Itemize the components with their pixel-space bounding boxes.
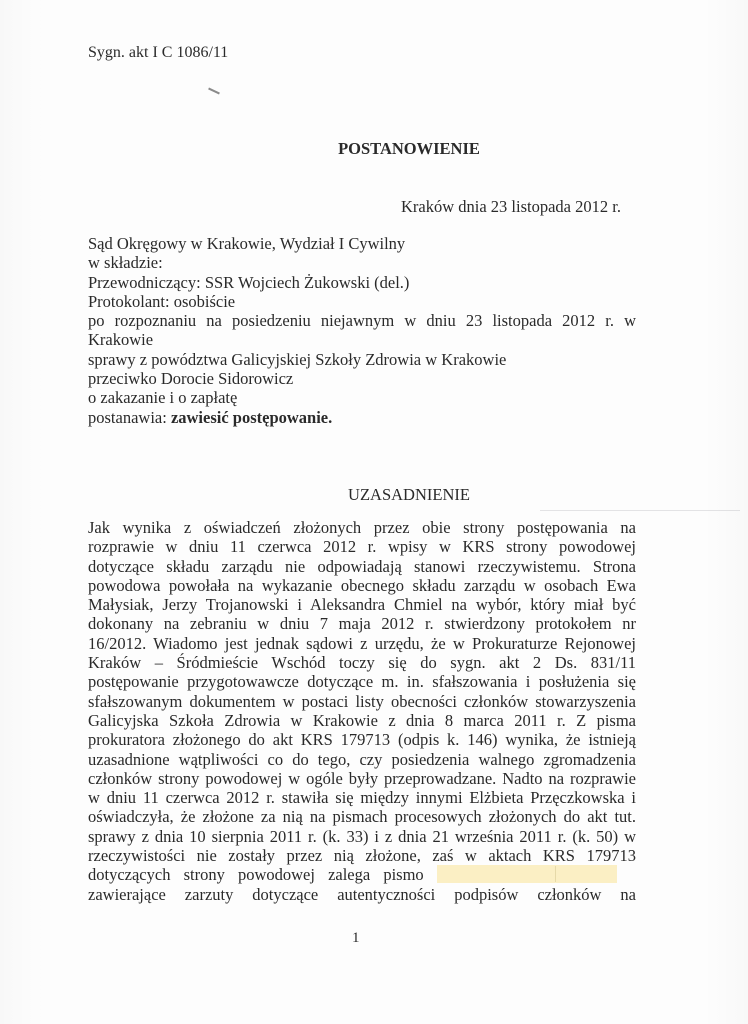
- redaction-highlight: [437, 865, 617, 883]
- justification-body: Jak wynika z oświadczeń złożonych przez …: [88, 518, 636, 904]
- justification-line: 16/2012. Wiadomo jest jednak sądowi z ur…: [88, 634, 636, 653]
- document-page: Sygn. akt I C 1086/11 POSTANOWIENIE Krak…: [0, 0, 748, 1024]
- redacted-line-prefix: dotyczących strony powodowej zalega pism…: [88, 865, 424, 884]
- justification-line: rzeczywistości nie zostały przez nią zło…: [88, 846, 636, 865]
- place-date: Kraków dnia 23 listopada 2012 r.: [401, 197, 621, 217]
- justification-line: rozprawie w dniu 11 czerwca 2012 r. wpis…: [88, 537, 636, 556]
- justification-line: w dniu 11 czerwca 2012 r. stawiła się mi…: [88, 788, 636, 807]
- header-line: Krakowie: [88, 330, 636, 349]
- justification-line: oświadczyła, że złożone za nią na pismac…: [88, 807, 636, 826]
- justification-line: Małysiak, Jerzy Trojanowski i Aleksandra…: [88, 595, 636, 614]
- justification-title: UZASADNIENIE: [0, 485, 748, 505]
- decision-prefix: postanawia:: [88, 408, 171, 427]
- justification-line: uzasadnione wątpliwości co do tego, czy …: [88, 750, 636, 769]
- court-header: Sąd Okręgowy w Krakowie, Wydział I Cywil…: [88, 234, 636, 427]
- redaction-divider: [555, 866, 556, 882]
- justification-line: powodowa powołała na wykazanie obecnego …: [88, 576, 636, 595]
- justification-line-redacted: dotyczących strony powodowej zalega pism…: [88, 865, 636, 884]
- header-line: sprawy z powództwa Galicyjskiej Szkoły Z…: [88, 350, 636, 369]
- justification-line: członków strony powodowej w ogóle były p…: [88, 769, 636, 788]
- justification-line: postępowanie przygotowawcze dotyczące m.…: [88, 672, 636, 691]
- page-number: 1: [352, 930, 360, 947]
- header-line: o zakazanie i o zapłatę: [88, 388, 636, 407]
- scan-artifact: [540, 510, 740, 511]
- header-line: po rozpoznaniu na posiedzeniu niejawnym …: [88, 311, 636, 330]
- case-number: Sygn. akt I C 1086/11: [88, 44, 228, 62]
- justification-line: Jak wynika z oświadczeń złożonych przez …: [88, 518, 636, 537]
- header-line: Przewodniczący: SSR Wojciech Żukowski (d…: [88, 273, 636, 292]
- header-line: Sąd Okręgowy w Krakowie, Wydział I Cywil…: [88, 234, 636, 253]
- justification-line: sfałszowanym dokumentem w postaci listy …: [88, 692, 636, 711]
- scan-mark: [208, 88, 220, 95]
- justification-line: dotyczące składu zarządu nie odpowiadają…: [88, 557, 636, 576]
- header-line: Protokolant: osobiście: [88, 292, 636, 311]
- justification-line: zawierające zarzuty dotyczące autentyczn…: [88, 885, 636, 904]
- justification-line: prokuratora złożonego do akt KRS 179713 …: [88, 730, 636, 749]
- document-title: POSTANOWIENIE: [0, 139, 748, 159]
- decision-text: zawiesić postępowanie.: [171, 408, 332, 427]
- justification-line: dokonany na zebraniu w dniu 7 maja 2012 …: [88, 614, 636, 633]
- justification-line: Galicyjska Szkoła Zdrowia w Krakowie z d…: [88, 711, 636, 730]
- justification-line: Kraków – Śródmieście Wschód toczy się do…: [88, 653, 636, 672]
- header-line: przeciwko Dorocie Sidorowicz: [88, 369, 636, 388]
- header-line: w składzie:: [88, 253, 636, 272]
- justification-line: sprawy z dnia 10 sierpnia 2011 r. (k. 33…: [88, 827, 636, 846]
- decision-line: postanawia: zawiesić postępowanie.: [88, 408, 636, 427]
